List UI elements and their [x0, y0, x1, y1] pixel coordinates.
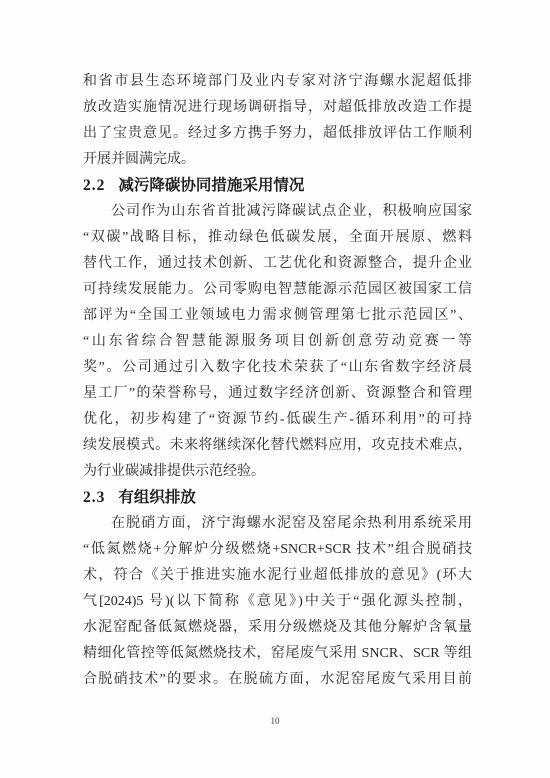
text-line: “低氮燃烧+分解炉分级燃烧+SNCR+SCR 技术”组合脱硝技 [83, 537, 472, 563]
text-line: 放改造实施情况进行现场调研指导，对超低排放改造工作提 [83, 95, 472, 121]
text-line: 替代工作，通过技术创新、工艺优化和资源整合，提升企业 [83, 251, 472, 277]
heading-number: 2.2 [83, 177, 105, 194]
page-footer: 10 [0, 716, 550, 726]
text-line: 奖”。公司通过引入数字化技术荣获了“山东省数字经济晨 [83, 355, 472, 381]
text-line: 星工厂”的荣誉称号，通过数字经济创新、资源整合和管理 [83, 381, 472, 407]
section-heading-2-2: 2.2减污降碳协同措施采用情况 [83, 173, 472, 199]
text-line: 合脱硝技术”的要求。在脱硫方面，水泥窑尾废气采用目前 [83, 667, 472, 693]
text-line: 开展并圆满完成。 [83, 147, 472, 173]
text-line: 在脱硝方面，济宁海螺水泥窑及窑尾余热利用系统采用 [83, 511, 472, 537]
text-line: 续发展模式。未来将继续深化替代燃料应用，攻克技术难点， [83, 433, 472, 459]
text-line: 优化，初步构建了“资源节约-低碳生产-循环利用”的可持 [83, 407, 472, 433]
text-line: 精细化管控等低氮燃烧技术，窑尾废气采用 SNCR、SCR 等组 [83, 641, 472, 667]
text-line: 气[2024)5 号)(以下简称《意见》)中关于“强化源头控制， [83, 589, 472, 615]
document-body: 和省市县生态环境部门及业内专家对济宁海螺水泥超低排放改造实施情况进行现场调研指导… [83, 69, 472, 693]
text-line: 部评为“全国工业领域电力需求侧管理第七批示范园区”、 [83, 303, 472, 329]
text-line: 水泥窑配备低氮燃烧器，采用分级燃烧及其他分解炉含氧量 [83, 615, 472, 641]
text-line: 公司作为山东省首批减污降碳试点企业，积极响应国家 [83, 199, 472, 225]
heading-number: 2.3 [83, 489, 105, 506]
heading-title: 减污降碳协同措施采用情况 [118, 177, 304, 194]
text-line: 术，符合《关于推进实施水泥行业超低排放的意见》(环大 [83, 563, 472, 589]
heading-title: 有组织排放 [118, 489, 196, 506]
text-line: “山东省综合智慧能源服务项目创新创意劳动竞赛一等 [83, 329, 472, 355]
text-line: 可持续发展能力。公司零购电智慧能源示范园区被国家工信 [83, 277, 472, 303]
text-line: “双碳”战略目标，推动绿色低碳发展，全面开展原、燃料 [83, 225, 472, 251]
text-line: 为行业碳减排提供示范经验。 [83, 459, 472, 485]
text-line: 出了宝贵意见。经过多方携手努力，超低排放评估工作顺利 [83, 121, 472, 147]
text-line: 和省市县生态环境部门及业内专家对济宁海螺水泥超低排 [83, 69, 472, 95]
document-page: 和省市县生态环境部门及业内专家对济宁海螺水泥超低排放改造实施情况进行现场调研指导… [0, 0, 550, 778]
page-number: 10 [271, 716, 280, 726]
section-heading-2-3: 2.3有组织排放 [83, 485, 472, 511]
